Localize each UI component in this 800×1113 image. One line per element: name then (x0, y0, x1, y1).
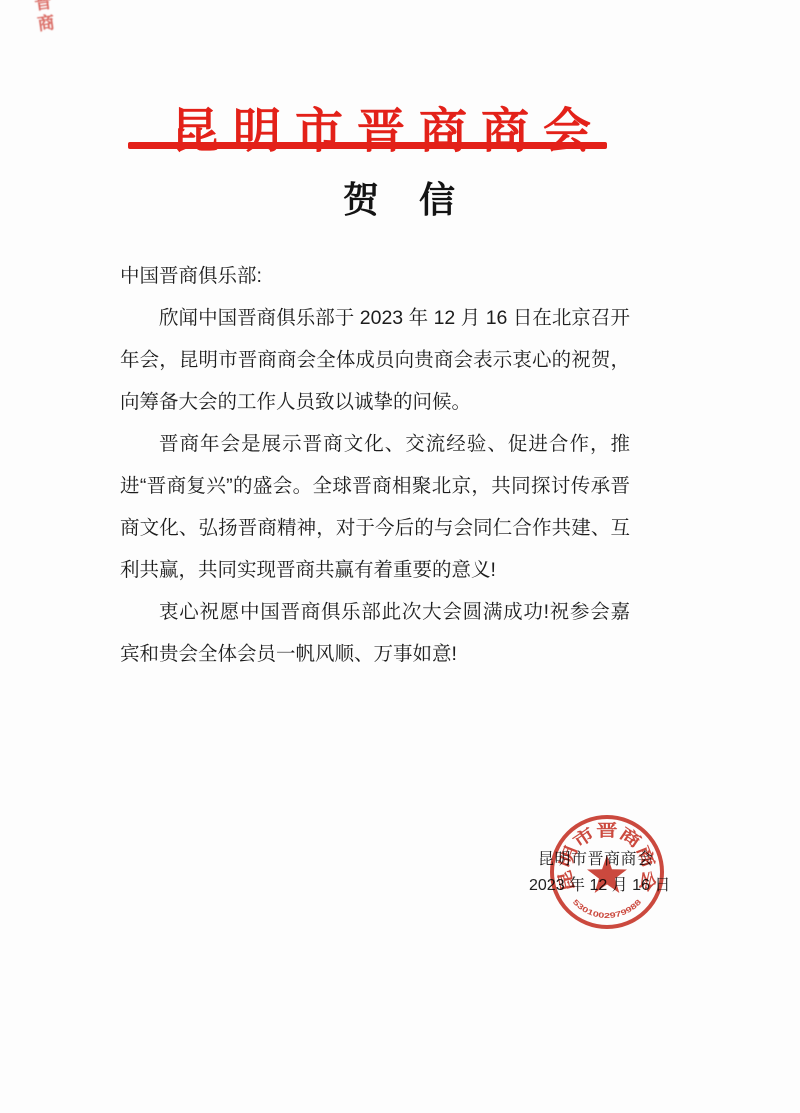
seal-star-icon (587, 855, 627, 893)
letter-subtitle: 贺 信 (0, 172, 800, 223)
title-underline (128, 142, 607, 149)
seal-serial-number: 5301002979988 (571, 897, 643, 920)
organization-title: 昆明市晋商商会 (171, 92, 605, 161)
corner-stamp-fragment-icon: 晋商 (19, 0, 60, 48)
paragraph-1: 欣闻中国晋商俱乐部于 2023 年 12 月 16 日在北京召开年会，昆明市晋商… (120, 297, 630, 423)
salutation: 中国晋商俱乐部: (120, 255, 630, 297)
official-seal-icon: 昆明市晋商商会 5301002979988 (541, 806, 673, 938)
letter-page: 晋商 昆明市晋商商会 贺 信 中国晋商俱乐部: 欣闻中国晋商俱乐部于 2023 … (0, 0, 800, 1113)
paragraph-3: 衷心祝愿中国晋商俱乐部此次大会圆满成功!祝参会嘉宾和贵会全体会员一帆风顺、万事如… (120, 591, 630, 675)
svg-text:5301002979988: 5301002979988 (571, 897, 643, 920)
official-seal-stamp: 昆明市晋商商会 5301002979988 (541, 806, 673, 938)
letter-body: 中国晋商俱乐部: 欣闻中国晋商俱乐部于 2023 年 12 月 16 日在北京召… (120, 255, 630, 675)
paragraph-2: 晋商年会是展示晋商文化、交流经验、促进合作，推进“晋商复兴”的盛会。全球晋商相聚… (120, 423, 630, 591)
